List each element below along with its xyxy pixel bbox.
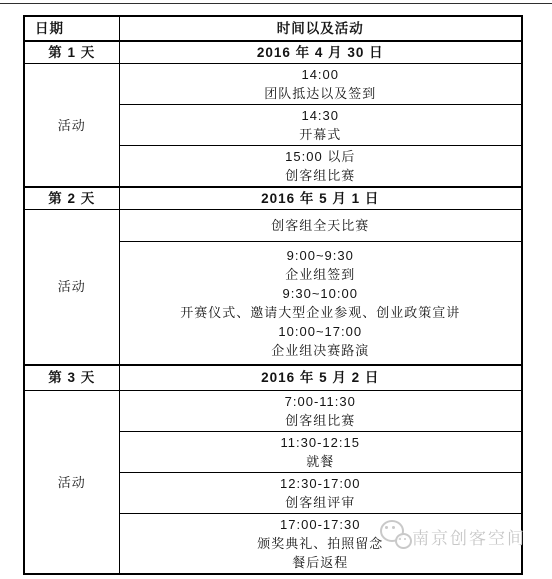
day-2-label: 第 2 天 (24, 187, 119, 210)
slot-line: 创客组比赛 (124, 411, 518, 430)
document-page: 日期 时间以及活动 第 1 天 2016 年 4 月 30 日 活动 14:00… (0, 0, 552, 579)
slot-line: 企业组决赛路演 (124, 341, 518, 360)
schedule-slot: 7:00-11:30 创客组比赛 (119, 391, 522, 432)
schedule-slot: 创客组全天比赛 (119, 210, 522, 242)
slot-line: 就餐 (124, 452, 518, 471)
day-1-row: 第 1 天 2016 年 4 月 30 日 (24, 41, 522, 64)
day-2-row: 第 2 天 2016 年 5 月 1 日 (24, 187, 522, 210)
slot-line: 7:00-11:30 (124, 392, 518, 411)
slot-line: 企业组签到 (124, 265, 518, 284)
slot-line: 14:30 (124, 106, 518, 125)
day-1-date: 2016 年 4 月 30 日 (119, 41, 522, 64)
table-row: 活动 14:00 团队抵达以及签到 (24, 64, 522, 105)
date-column-header: 日期 (24, 16, 119, 41)
slot-line: 11:30-12:15 (124, 433, 518, 452)
slot-line: 10:00~17:00 (124, 322, 518, 341)
table-row: 活动 7:00-11:30 创客组比赛 (24, 391, 522, 432)
slot-line: 14:00 (124, 65, 518, 84)
schedule-slot: 17:00-17:30 颁奖典礼、拍照留念 餐后返程 (119, 514, 522, 575)
day-3-date: 2016 年 5 月 2 日 (119, 365, 522, 391)
slot-line: 9:00~9:30 (124, 246, 518, 265)
day-3-activity-label: 活动 (24, 391, 119, 575)
slot-line: 9:30~10:00 (124, 284, 518, 303)
table-header-row: 日期 时间以及活动 (24, 16, 522, 41)
schedule-table: 日期 时间以及活动 第 1 天 2016 年 4 月 30 日 活动 14:00… (23, 15, 523, 575)
slot-line: 开幕式 (124, 125, 518, 144)
slot-line: 团队抵达以及签到 (124, 84, 518, 103)
slot-line: 17:00-17:30 (124, 515, 518, 534)
slot-line: 12:30-17:00 (124, 474, 518, 493)
slot-line: 创客组比赛 (124, 166, 518, 185)
schedule-slot: 14:00 团队抵达以及签到 (119, 64, 522, 105)
schedule-slot: 12:30-17:00 创客组评审 (119, 473, 522, 514)
day-3-label: 第 3 天 (24, 365, 119, 391)
slot-line: 创客组评审 (124, 493, 518, 512)
time-activity-column-header: 时间以及活动 (119, 16, 522, 41)
day-1-label: 第 1 天 (24, 41, 119, 64)
slot-line: 餐后返程 (124, 553, 518, 572)
schedule-slot: 11:30-12:15 就餐 (119, 432, 522, 473)
day-1-activity-label: 活动 (24, 64, 119, 188)
schedule-slot: 9:00~9:30 企业组签到 9:30~10:00 开赛仪式、邀请大型企业参观… (119, 242, 522, 365)
day-3-row: 第 3 天 2016 年 5 月 2 日 (24, 365, 522, 391)
schedule-slot: 15:00 以后 创客组比赛 (119, 146, 522, 188)
slot-line: 开赛仪式、邀请大型企业参观、创业政策宣讲 (124, 303, 518, 322)
schedule-slot: 14:30 开幕式 (119, 105, 522, 146)
slot-line: 颁奖典礼、拍照留念 (124, 534, 518, 553)
slot-line: 15:00 以后 (124, 147, 518, 166)
day-2-date: 2016 年 5 月 1 日 (119, 187, 522, 210)
table-row: 活动 创客组全天比赛 (24, 210, 522, 242)
page-top-rule (0, 3, 552, 4)
slot-line: 创客组全天比赛 (124, 216, 518, 235)
day-2-activity-label: 活动 (24, 210, 119, 365)
